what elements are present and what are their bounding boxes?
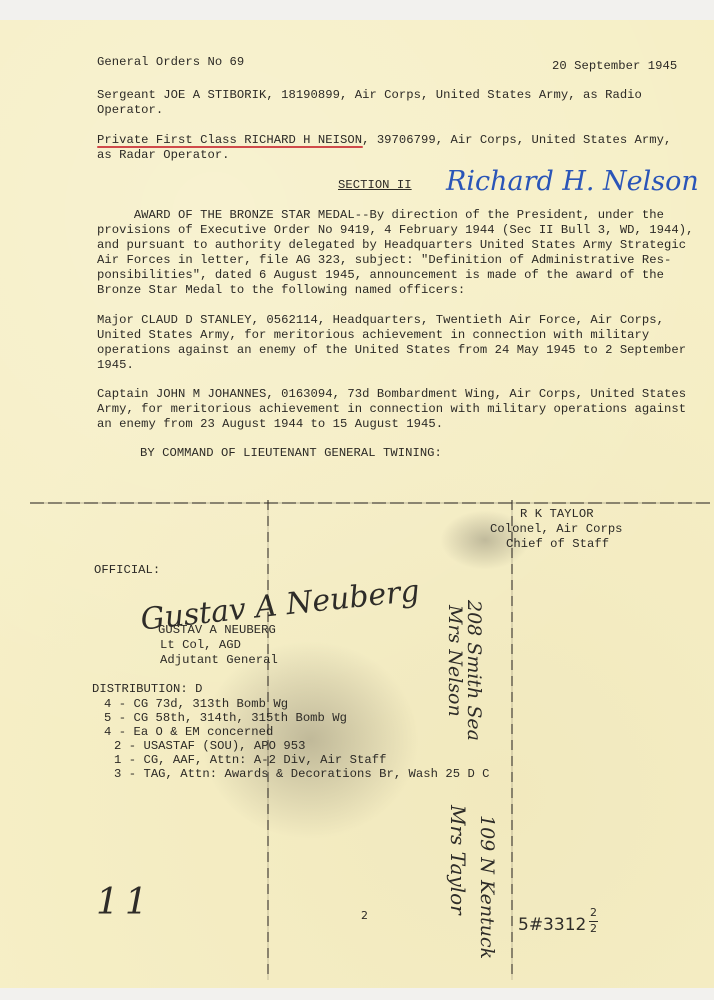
award-paragraph-line: AWARD OF THE BRONZE STAR MEDAL--By direc…: [97, 208, 664, 223]
distribution-item: 3 - TAG, Attn: Awards & Decorations Br, …: [114, 767, 490, 782]
award-stanley-line: United States Army, for meritorious achi…: [97, 328, 649, 343]
award-stanley-line: Major CLAUD D STANLEY, 0562114, Headquar…: [97, 313, 664, 328]
distribution-item: 5 - CG 58th, 314th, 315th Bomb Wg: [104, 711, 347, 726]
file-fraction-top: 2: [590, 906, 597, 919]
command-line: BY COMMAND OF LIEUTENANT GENERAL TWINING…: [140, 446, 442, 461]
award-paragraph-line: ponsibilities", dated 6 August 1945, ann…: [97, 268, 664, 283]
official-name: GUSTAV A NEUBERG: [158, 623, 276, 638]
award-johannes-line: Captain JOHN M JOHANNES, 0163094, 73d Bo…: [97, 387, 686, 402]
entry-stiborik-line2: Operator.: [97, 103, 163, 118]
award-paragraph-line: and pursuant to authority delegated by H…: [97, 238, 686, 253]
handwritten-name-1: Mrs Nelson: [444, 605, 466, 717]
distribution-label: DISTRIBUTION: D: [92, 682, 202, 697]
blue-signature: Richard H. Nelson: [446, 166, 699, 197]
distribution-item: 4 - CG 73d, 313th Bomb Wg: [104, 697, 288, 712]
award-stanley-line: 1945.: [97, 358, 134, 373]
handwritten-address-2: 109 N Kentuck: [476, 815, 498, 959]
file-fraction-bottom: 2: [590, 922, 597, 935]
fold-line-horizontal: [30, 502, 710, 504]
official-rank: Lt Col, AGD: [160, 638, 241, 653]
official-label: OFFICIAL:: [94, 563, 160, 578]
fold-line-vertical-right: [511, 500, 513, 980]
award-paragraph-line: Air Forces in letter, file AG 323, subje…: [97, 253, 671, 268]
official-title: Adjutant General: [160, 653, 278, 668]
signatory-title: Chief of Staff: [506, 537, 609, 552]
signatory-rank: Colonel, Air Corps: [490, 522, 623, 537]
award-johannes-line: Army, for meritorious achievement in con…: [97, 402, 686, 417]
distribution-item: 4 - Ea O & EM concerned: [104, 725, 273, 740]
entry-stiborik-line1: Sergeant JOE A STIBORIK, 18190899, Air C…: [97, 88, 642, 103]
file-number: 5#3312: [518, 915, 586, 935]
order-date: 20 September 1945: [552, 59, 677, 74]
page-number: 2: [361, 908, 368, 923]
distribution-item: 2 - USASTAF (SOU), APO 953: [114, 739, 305, 754]
tally-marks: 11: [96, 882, 154, 923]
section-heading: SECTION II: [338, 178, 412, 193]
order-number: General Orders No 69: [97, 55, 244, 70]
handwritten-name-2: Mrs Taylor: [446, 805, 470, 915]
award-johannes-line: an enemy from 23 August 1944 to 15 Augus…: [97, 417, 443, 432]
distribution-item: 1 - CG, AAF, Attn: A-2 Div, Air Staff: [114, 753, 386, 768]
award-stanley-line: operations against an enemy of the Unite…: [97, 343, 686, 358]
award-paragraph-line: Bronze Star Medal to the following named…: [97, 283, 465, 298]
handwritten-address-1: 208 Smith Sea: [463, 600, 485, 741]
signatory-name: R K TAYLOR: [520, 507, 594, 522]
entry-neison-line2: as Radar Operator.: [97, 148, 230, 163]
award-paragraph-line: provisions of Executive Order No 9419, 4…: [97, 223, 693, 238]
